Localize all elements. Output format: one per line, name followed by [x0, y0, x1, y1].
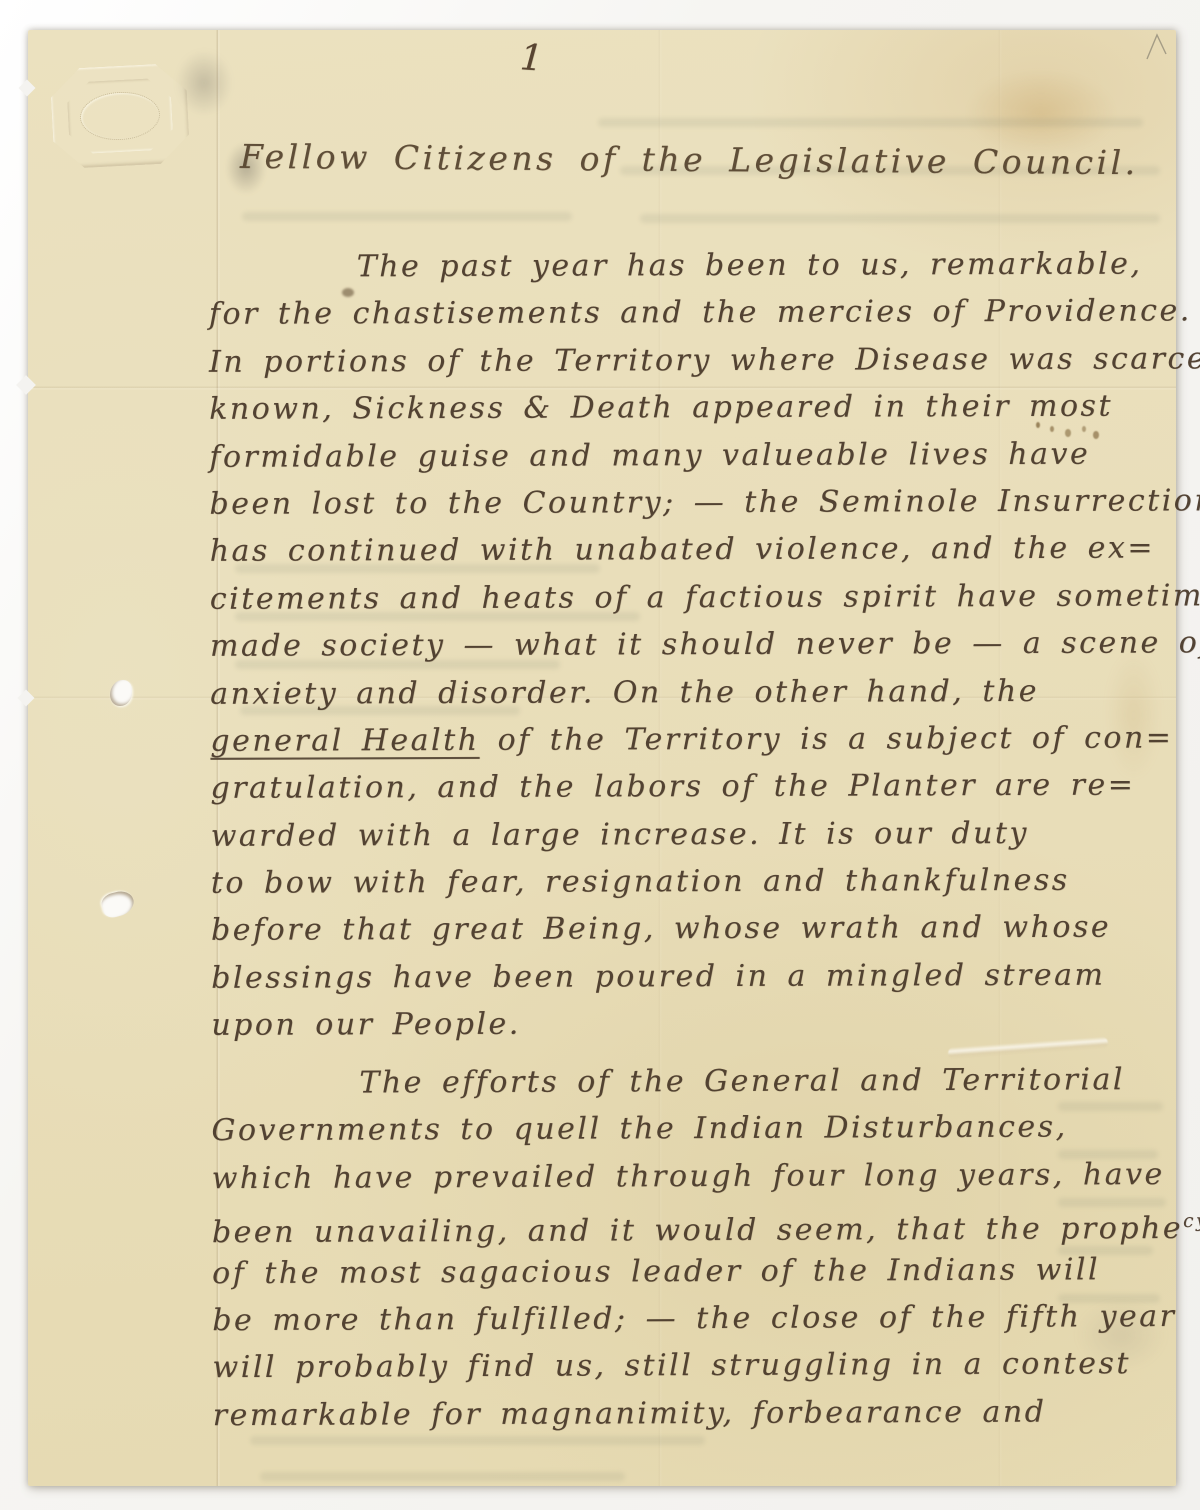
manuscript-text: The efforts of the General and Territori… — [359, 1062, 1125, 1100]
ink-bleedthrough — [242, 212, 572, 221]
manuscript-line: known, Sickness & Death appeared in thei… — [209, 382, 1200, 433]
manuscript-line: blessings have been poured in a mingled … — [211, 951, 1200, 1002]
manuscript-text: warded with a large increase. It is our … — [211, 816, 1029, 854]
manuscript-line: anxiety and disorder. On the other hand,… — [210, 667, 1200, 718]
edge-nick — [18, 690, 35, 707]
ink-bleedthrough — [598, 118, 1143, 127]
manuscript-line: made society — what it should never be —… — [210, 619, 1200, 670]
manuscript-paragraph: The past year has been to us, remarkable… — [209, 240, 1200, 1049]
manuscript-text: before that great Being, whose wrath and… — [211, 910, 1111, 948]
manuscript-text: has continued with unabated violence, an… — [210, 531, 1155, 569]
manuscript-text: gratulation, and the labors of the Plant… — [210, 768, 1135, 806]
ink-bleedthrough — [260, 1472, 625, 1481]
manuscript-text: of the Territory is a subject of con= — [479, 720, 1173, 757]
manuscript-text: been lost to the Country; — the Seminole… — [209, 483, 1200, 522]
manuscript-line: before that great Being, whose wrath and… — [211, 904, 1200, 955]
manuscript-text: be more than fulfilled; — the close of t… — [212, 1299, 1176, 1338]
manuscript-line: been lost to the Country; — the Seminole… — [209, 477, 1200, 528]
manuscript-text: remarkable for magnanimity, forbearance … — [213, 1394, 1047, 1433]
manuscript-line: has continued with unabated violence, an… — [210, 525, 1200, 576]
manuscript-text: to bow with fear, resignation and thankf… — [211, 863, 1070, 901]
manuscript-line: for the chastisements and the mercies of… — [209, 288, 1200, 339]
manuscript-text: for the chastisements and the mercies of… — [209, 294, 1192, 332]
manuscript-page: 1 Fellow Citizens of the Legislative Cou… — [28, 30, 1176, 1486]
edge-nick — [19, 80, 36, 97]
manuscript-text: The past year has been to us, remarkable… — [357, 247, 1143, 285]
manuscript-text: citements and heats of a factious spirit… — [210, 578, 1200, 617]
embossed-stamp — [49, 63, 190, 170]
manuscript-line: be more than fulfilled; — the close of t… — [212, 1293, 1200, 1345]
manuscript-text: been unavailing, and it would seem, that… — [212, 1211, 1183, 1250]
paper-hole — [99, 888, 136, 919]
manuscript-line: been unavailing, and it would seem, that… — [212, 1198, 1200, 1250]
pencil-corner-mark — [1144, 32, 1170, 62]
manuscript-line: Governments to quell the Indian Disturba… — [211, 1103, 1200, 1155]
manuscript-text: of the most sagacious leader of the Indi… — [212, 1252, 1100, 1291]
manuscript-line: gratulation, and the labors of the Plant… — [210, 761, 1200, 812]
manuscript-text: which have prevailed through four long y… — [212, 1157, 1165, 1196]
manuscript-line: remarkable for magnanimity, forbearance … — [213, 1388, 1200, 1440]
salutation-heading: Fellow Citizens of the Legislative Counc… — [240, 137, 1139, 182]
manuscript-line: warded with a large increase. It is our … — [211, 809, 1200, 860]
manuscript-line: to bow with fear, resignation and thankf… — [211, 856, 1200, 907]
manuscript-text: anxiety and disorder. On the other hand,… — [210, 673, 1039, 711]
manuscript-text: formidable guise and many valueable live… — [209, 436, 1090, 474]
manuscript-line: formidable guise and many valueable live… — [209, 430, 1200, 481]
manuscript-text: made society — what it should never be —… — [210, 625, 1200, 664]
manuscript-text: known, Sickness & Death appeared in thei… — [209, 389, 1113, 427]
manuscript-text: will probably find us, still struggling … — [212, 1347, 1131, 1386]
page-number: 1 — [519, 37, 545, 79]
manuscript-text: Governments to quell the Indian Disturba… — [211, 1110, 1067, 1149]
manuscript-text: upon our People. — [211, 1007, 521, 1043]
manuscript-text: cy — [1183, 1211, 1200, 1232]
manuscript-line: of the most sagacious leader of the Indi… — [212, 1245, 1200, 1297]
manuscript-line: will probably find us, still struggling … — [212, 1340, 1200, 1392]
manuscript-text: In portions of the Territory where Disea… — [209, 341, 1200, 380]
manuscript-text: blessings have been poured in a mingled … — [211, 958, 1105, 996]
manuscript-line: general Health of the Territory is a sub… — [210, 714, 1200, 765]
manuscript-line: The past year has been to us, remarkable… — [209, 240, 1200, 291]
manuscript-line: upon our People. — [211, 998, 1200, 1049]
manuscript-line: The efforts of the General and Territori… — [211, 1056, 1200, 1108]
manuscript-line: In portions of the Territory where Disea… — [209, 335, 1200, 386]
manuscript-line: citements and heats of a factious spirit… — [210, 572, 1200, 623]
manuscript-line: which have prevailed through four long y… — [212, 1151, 1200, 1203]
manuscript-paragraph: The efforts of the General and Territori… — [211, 1056, 1200, 1439]
underlined-phrase: general Health — [210, 723, 479, 759]
edge-nick — [16, 375, 36, 395]
ink-bleedthrough — [640, 214, 1160, 223]
paper-hole — [110, 680, 132, 706]
